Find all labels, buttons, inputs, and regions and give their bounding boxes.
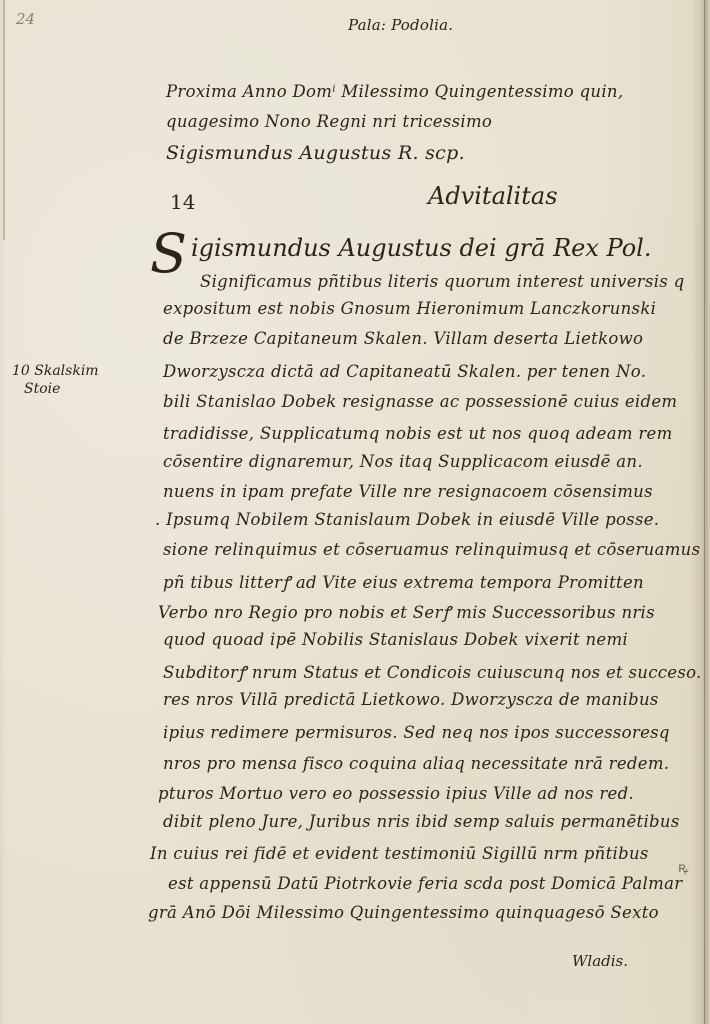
body-line: grā Anō Dōi Milessimo Quingentessimo qui… [148, 903, 659, 922]
body-line: tradidisse, Supplicatumq nobis est ut no… [163, 424, 673, 443]
body-line: Significamus pñtibus literis quorum inte… [200, 272, 684, 291]
entry-title: Advitalitas [428, 182, 558, 210]
body-line: de Brzeze Capitaneum Skalen. Villam dese… [163, 329, 643, 348]
body-line: pñ tibus litterꝭ ad Vite eius extrema te… [163, 570, 644, 593]
body-line: dibit pleno Jure, Juribus nris ibid semp… [163, 812, 680, 831]
preamble-line-2: quagesimo Nono Regni nri tricessimo [166, 112, 492, 131]
body-line: expositum est nobis Gnosum Hieronimum La… [163, 299, 656, 318]
manuscript-page: 24 Pala: Podolia. Proxima Anno Domⁱ Mile… [0, 0, 710, 1024]
running-head: Pala: Podolia. [348, 16, 453, 34]
margin-note-line-1: 10 Skalskim [12, 362, 99, 380]
body-line: res nros Villā predictā Lietkowo. Dworzy… [163, 690, 659, 709]
body-line: Subditorꝭ nrum Status et Condicois cuius… [163, 660, 702, 683]
folio-number: 24 [16, 10, 35, 28]
body-line: cōsentire dignaremur, Nos itaq Supplicac… [163, 452, 643, 471]
body-line: pturos Mortuo vero eo possessio ipius Vi… [158, 784, 634, 803]
margin-note: 10 Skalskim Stoie [12, 362, 99, 398]
body-line: quod quoad ipē Nobilis Stanislaus Dobek … [163, 630, 628, 649]
body-line: nros pro mensa fisco coquina aliaq neces… [163, 754, 669, 773]
marginal-mark: ꝶ [678, 858, 689, 877]
body-line: . Ipsumq Nobilem Stanislaum Dobek in eiu… [155, 510, 659, 529]
heading-text: igismundus Augustus dei grā Rex Pol. [191, 234, 651, 262]
body-line: Dworzyscza dictā ad Capitaneatū Skalen. … [163, 362, 646, 381]
body-line: nuens in ipam prefate Ville nre resignac… [163, 482, 653, 501]
body-line: ipius redimere permisuros. Sed neq nos i… [163, 723, 670, 742]
body-line: sione relinquimus et cōseruamus relinqui… [163, 540, 700, 559]
body-line: In cuius rei fidē et evident testimoniū … [150, 844, 649, 863]
signature: Wladis. [572, 952, 628, 970]
margin-note-line-2: Stoie [12, 380, 99, 398]
body-line: est appensū Datū Piotrkovie feria scda p… [168, 874, 682, 893]
body-line: bili Stanislao Dobek resignasse ac posse… [163, 392, 677, 411]
entry-number: 14 [170, 190, 195, 214]
body-line: Verbo nro Regio pro nobis et Serꝭ mis Su… [158, 600, 655, 623]
preamble-line-3: Sigismundus Augustus R. scp. [166, 142, 465, 164]
preamble-line-1: Proxima Anno Domⁱ Milessimo Quingentessi… [166, 82, 623, 101]
decorated-initial: S [150, 222, 187, 285]
